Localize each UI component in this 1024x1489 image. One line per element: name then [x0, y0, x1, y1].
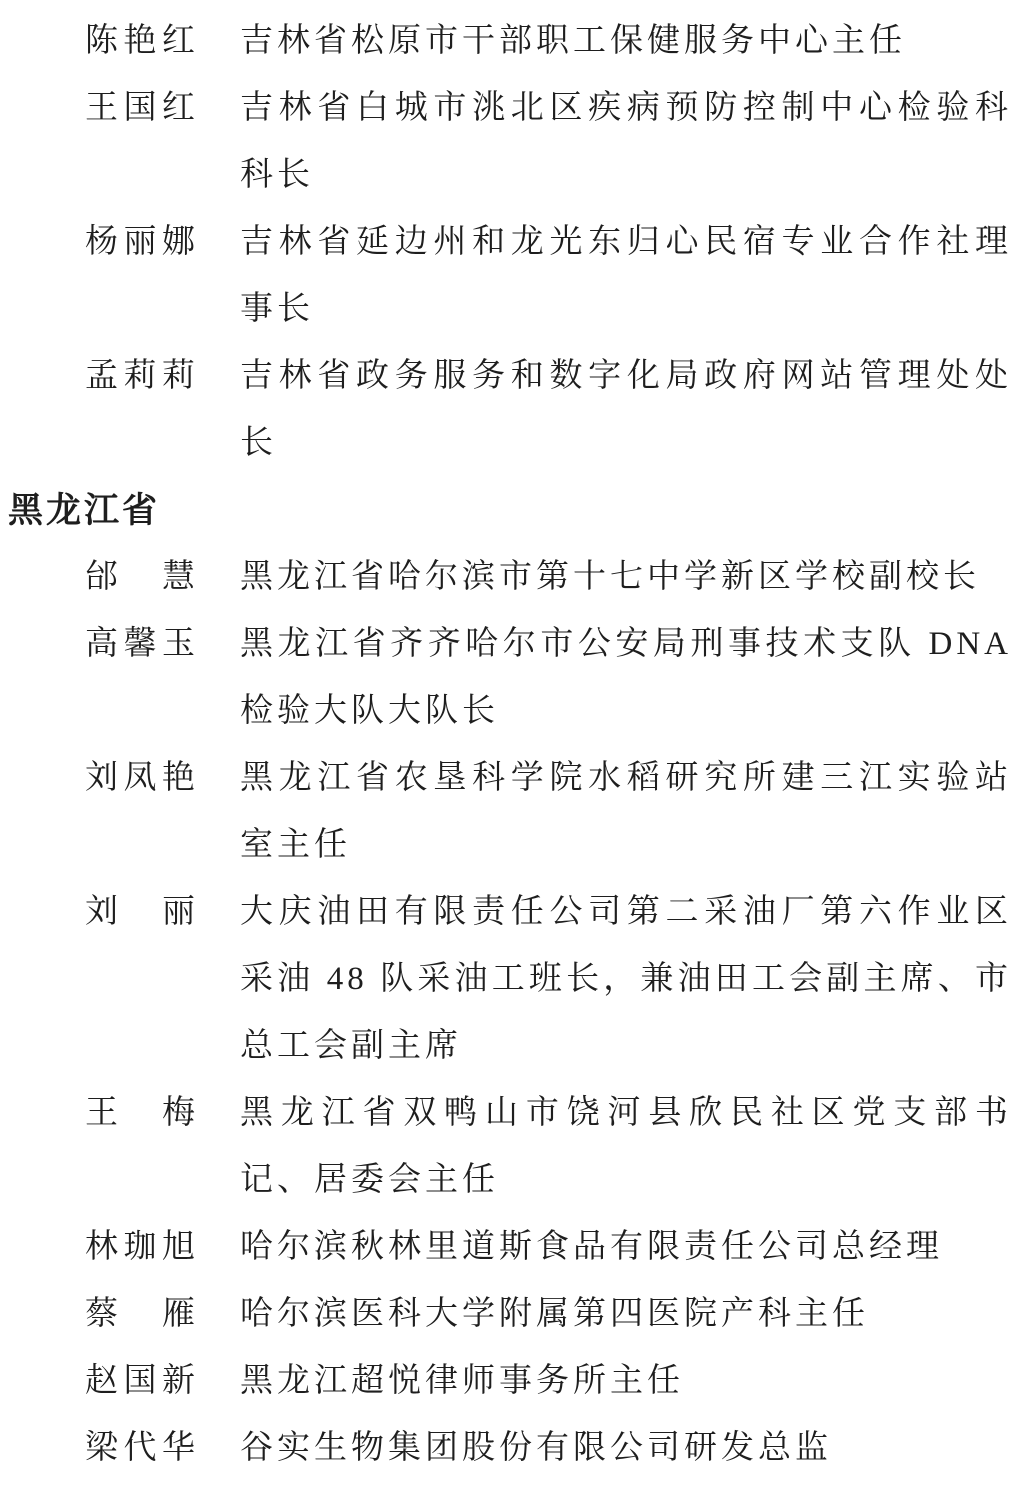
- province-section-header: 黑龙江省: [8, 477, 1024, 544]
- name-char: 蔡: [85, 1281, 118, 1348]
- name-char: 玉: [162, 611, 195, 678]
- name-char: 莉: [124, 343, 157, 410]
- name-char: 王: [85, 75, 118, 142]
- person-title: 黑龙江超悦律师事务所主任: [240, 1348, 1012, 1415]
- roster-entry: 邰慧 黑龙江省哈尔滨市第十七中学新区学校副校长: [0, 544, 1024, 611]
- person-name: 蔡雁: [85, 1281, 195, 1348]
- name-char: 刘: [85, 879, 118, 946]
- roster-entry: 林珈旭 哈尔滨秋林里道斯食品有限责任公司总经理: [0, 1214, 1024, 1281]
- roster-entry: 王国红 吉林省白城市洮北区疾病预防控制中心检验科科长: [0, 75, 1024, 209]
- roster-entry: 陈艳红 吉林省松原市干部职工保健服务中心主任: [0, 8, 1024, 75]
- person-title: 哈尔滨医科大学附属第四医院产科主任: [240, 1281, 1012, 1348]
- roster-entry: 王梅 黑龙江省双鸭山市饶河县欣民社区党支部书记、居委会主任: [0, 1080, 1024, 1214]
- person-name: 高馨玉: [85, 611, 195, 678]
- name-char: 国: [124, 75, 157, 142]
- person-title: 谷实生物集团股份有限公司研发总监: [240, 1415, 1012, 1482]
- person-title: 黑龙江省齐齐哈尔市公安局刑事技术支队 DNA 检验大队大队长: [240, 611, 1012, 745]
- name-char: 珈: [124, 1214, 157, 1281]
- name-char: 邰: [85, 544, 118, 611]
- name-char: 凤: [124, 745, 157, 812]
- name-char: 代: [124, 1415, 157, 1482]
- name-char: 新: [162, 1348, 195, 1415]
- person-name: 孟莉莉: [85, 343, 195, 410]
- person-name: 赵国新: [85, 1348, 195, 1415]
- person-name: 梁代华: [85, 1415, 195, 1482]
- name-char: 陈: [85, 8, 118, 75]
- name-char: 刘: [85, 745, 118, 812]
- name-char: 红: [162, 75, 195, 142]
- name-char: 慧: [162, 544, 195, 611]
- name-char: 赵: [85, 1348, 118, 1415]
- name-char: 高: [85, 611, 118, 678]
- name-char: 王: [85, 1080, 118, 1147]
- name-char: 莉: [162, 343, 195, 410]
- person-name: 刘凤艳: [85, 745, 195, 812]
- person-title: 吉林省白城市洮北区疾病预防控制中心检验科科长: [240, 75, 1012, 209]
- name-char: 旭: [162, 1214, 195, 1281]
- name-char: 华: [162, 1415, 195, 1482]
- name-char: 丽: [162, 879, 195, 946]
- name-char: 国: [124, 1348, 157, 1415]
- name-char: 馨: [124, 611, 157, 678]
- roster-entry: 蔡雁 哈尔滨医科大学附属第四医院产科主任: [0, 1281, 1024, 1348]
- name-char: 梅: [162, 1080, 195, 1147]
- name-char: 红: [162, 8, 195, 75]
- name-char: 娜: [162, 209, 195, 276]
- roster-entry: 杨丽娜 吉林省延边州和龙光东归心民宿专业合作社理事长: [0, 209, 1024, 343]
- document-page: 陈艳红 吉林省松原市干部职工保健服务中心主任 王国红 吉林省白城市洮北区疾病预防…: [0, 0, 1024, 1489]
- person-title: 哈尔滨秋林里道斯食品有限责任公司总经理: [240, 1214, 1012, 1281]
- person-name: 刘丽: [85, 879, 195, 946]
- name-char: 杨: [85, 209, 118, 276]
- person-name: 陈艳红: [85, 8, 195, 75]
- person-name: 王国红: [85, 75, 195, 142]
- roster-entry: 赵国新 黑龙江超悦律师事务所主任: [0, 1348, 1024, 1415]
- person-title: 黑龙江省哈尔滨市第十七中学新区学校副校长: [240, 544, 1012, 611]
- person-title: 吉林省政务服务和数字化局政府网站管理处处长: [240, 343, 1012, 477]
- person-title: 大庆油田有限责任公司第二采油厂第六作业区采油 48 队采油工班长，兼油田工会副主…: [240, 879, 1012, 1080]
- name-char: 雁: [162, 1281, 195, 1348]
- name-char: 梁: [85, 1415, 118, 1482]
- person-name: 杨丽娜: [85, 209, 195, 276]
- person-title: 黑龙江省农垦科学院水稻研究所建三江实验站室主任: [240, 745, 1012, 879]
- person-title: 黑龙江省双鸭山市饶河县欣民社区党支部书记、居委会主任: [240, 1080, 1012, 1214]
- person-name: 林珈旭: [85, 1214, 195, 1281]
- person-title: 吉林省延边州和龙光东归心民宿专业合作社理事长: [240, 209, 1012, 343]
- name-char: 艳: [124, 8, 157, 75]
- person-title: 吉林省松原市干部职工保健服务中心主任: [240, 8, 1012, 75]
- name-char: 孟: [85, 343, 118, 410]
- name-char: 艳: [162, 745, 195, 812]
- roster-entry: 孟莉莉 吉林省政务服务和数字化局政府网站管理处处长: [0, 343, 1024, 477]
- person-name: 邰慧: [85, 544, 195, 611]
- entries: 陈艳红 吉林省松原市干部职工保健服务中心主任 王国红 吉林省白城市洮北区疾病预防…: [0, 8, 1024, 1482]
- name-char: 丽: [124, 209, 157, 276]
- roster-entry: 刘凤艳 黑龙江省农垦科学院水稻研究所建三江实验站室主任: [0, 745, 1024, 879]
- person-name: 王梅: [85, 1080, 195, 1147]
- name-char: 林: [85, 1214, 118, 1281]
- roster-entry: 刘丽 大庆油田有限责任公司第二采油厂第六作业区采油 48 队采油工班长，兼油田工…: [0, 879, 1024, 1080]
- roster-entry: 高馨玉 黑龙江省齐齐哈尔市公安局刑事技术支队 DNA 检验大队大队长: [0, 611, 1024, 745]
- roster-entry: 梁代华 谷实生物集团股份有限公司研发总监: [0, 1415, 1024, 1482]
